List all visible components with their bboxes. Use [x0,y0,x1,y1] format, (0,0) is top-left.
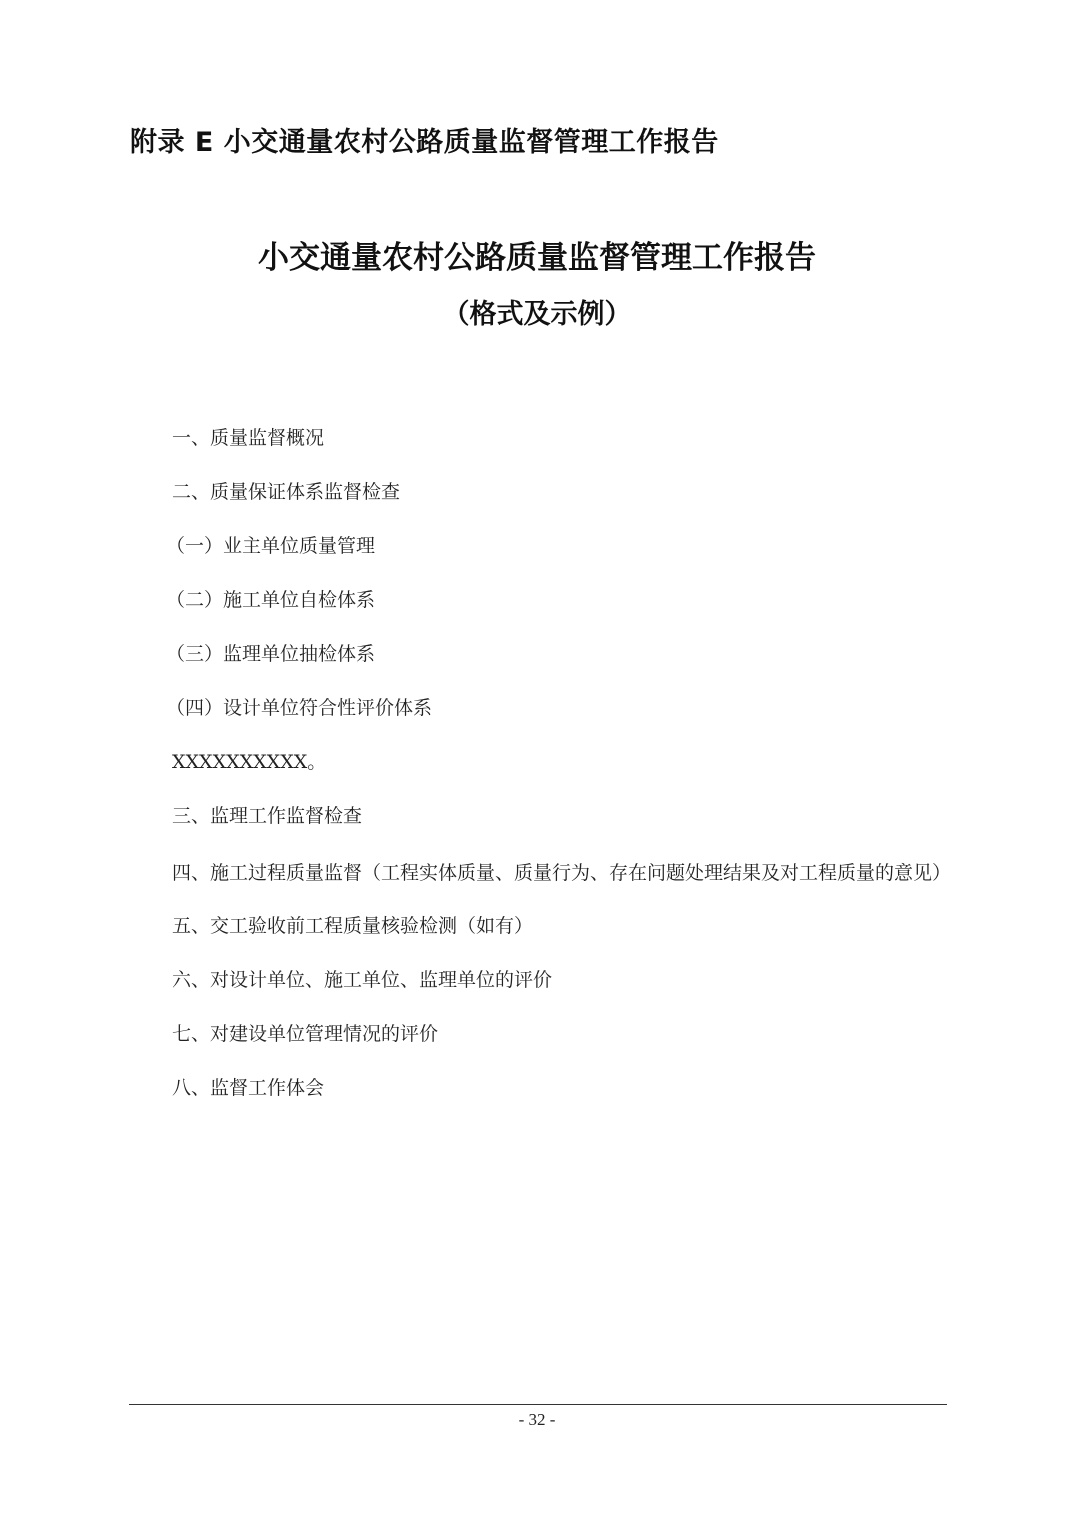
outline-item: 三、监理工作监督检查 [130,803,950,829]
outline-item: 五、交工验收前工程质量核验检测（如有） [130,913,950,939]
outline-item: 四、施工过程质量监督（工程实体质量、质量行为、存在问题处理结果及对工程质量的意见… [130,849,950,897]
footer-divider [129,1404,947,1405]
placeholder-text: XXXXXXXXXX。 [130,749,950,775]
outline-subitem: （一）业主单位质量管理 [130,533,950,559]
report-outline: 一、质量监督概况 二、质量保证体系监督检查 （一）业主单位质量管理 （二）施工单… [130,425,950,1101]
outline-item: 六、对设计单位、施工单位、监理单位的评价 [130,967,950,993]
outline-item: 八、监督工作体会 [130,1075,950,1101]
outline-subitem: （三）监理单位抽检体系 [130,641,950,667]
appendix-title: 附录 E 小交通量农村公路质量监督管理工作报告 [130,120,719,159]
outline-subitem: （四）设计单位符合性评价体系 [130,695,950,721]
outline-item: 二、质量保证体系监督检查 [130,479,950,505]
outline-subitem: （二）施工单位自检体系 [130,587,950,613]
outline-item: 一、质量监督概况 [130,425,950,451]
page-number: - 32 - [0,1410,1074,1430]
outline-item: 七、对建设单位管理情况的评价 [130,1021,950,1047]
main-title: 小交通量农村公路质量监督管理工作报告 [0,232,1074,277]
subtitle: （格式及示例） [0,292,1074,331]
